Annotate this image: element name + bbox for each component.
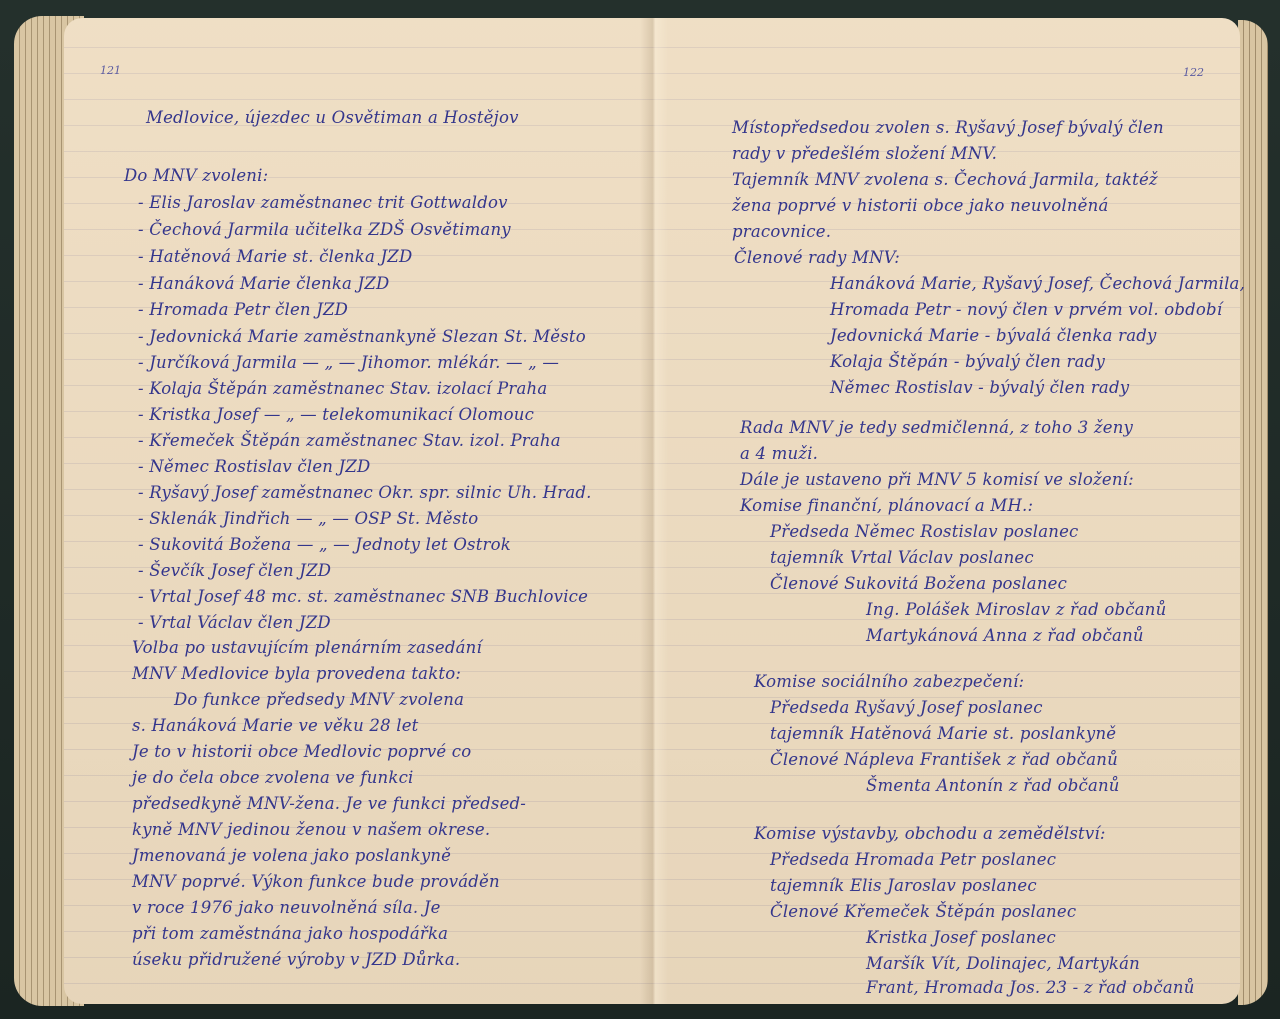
line: - Ryšavý Josef zaměstnanec Okr. spr. sil… xyxy=(138,483,592,502)
line: - Jedovnická Marie zaměstnankyně Slezan … xyxy=(138,327,586,346)
line: Členové rady MNV: xyxy=(734,248,900,267)
line: v roce 1976 jako neuvolněná síla. Je xyxy=(132,898,441,917)
line: Volba po ustavujícím plenárním zasedání xyxy=(132,638,482,657)
line: Tajemník MNV zvolena s. Čechová Jarmila,… xyxy=(732,170,1158,189)
line: Členové Křemeček Štěpán poslanec xyxy=(770,902,1076,921)
line: - Čechová Jarmila učitelka ZDŠ Osvětiman… xyxy=(138,220,511,239)
line: - Hanáková Marie členka JZD xyxy=(138,274,389,293)
line: Frant, Hromada Jos. 23 - z řad občanů xyxy=(866,978,1195,997)
line: a 4 muži. xyxy=(740,444,818,463)
line: Kristka Josef poslanec xyxy=(866,928,1056,947)
line: - Hromada Petr člen JZD xyxy=(138,300,348,319)
line: Jedovnická Marie - bývalá členka rady xyxy=(830,326,1157,345)
line: - Hatěnová Marie st. členka JZD xyxy=(138,247,412,266)
line: Komise výstavby, obchodu a zemědělství: xyxy=(754,824,1106,843)
line: - Ševčík Josef člen JZD xyxy=(138,561,331,580)
page-number-left: 121 xyxy=(100,64,121,77)
page-number-right: 122 xyxy=(1183,66,1204,79)
line: Předseda Hromada Petr poslanec xyxy=(770,850,1056,869)
line: Do MNV zvoleni: xyxy=(124,166,268,185)
line: - Vrtal Václav člen JZD xyxy=(138,613,331,632)
line: MNV Medlovice byla provedena takto: xyxy=(132,664,461,683)
line: - Sukovitá Božena — „ — Jednoty let Ostr… xyxy=(138,535,511,554)
line: Kolaja Štěpán - bývalý člen rady xyxy=(830,352,1105,371)
line: - Křemeček Štěpán zaměstnanec Stav. izol… xyxy=(138,431,561,450)
line: Ing. Polášek Miroslav z řad občanů xyxy=(866,600,1166,619)
line: - Kolaja Štěpán zaměstnanec Stav. izolac… xyxy=(138,379,547,398)
line: je do čela obce zvolena ve funkci xyxy=(132,768,414,787)
line: Martykánová Anna z řad občanů xyxy=(866,626,1144,645)
line: Členové Sukovitá Božena poslanec xyxy=(770,574,1067,593)
line: Do funkce předsedy MNV zvolena xyxy=(174,690,464,709)
line: Rada MNV je tedy sedmičlenná, z toho 3 ž… xyxy=(740,418,1133,437)
line: tajemník Hatěnová Marie st. poslankyně xyxy=(770,724,1116,743)
line: kyně MNV jedinou ženou v našem okrese. xyxy=(132,820,490,839)
line: Komise finanční, plánovací a MH.: xyxy=(740,496,1033,515)
line: - Sklenák Jindřich — „ — OSP St. Město xyxy=(138,509,478,528)
line: Místopředsedou zvolen s. Ryšavý Josef bý… xyxy=(732,118,1164,137)
line: MNV poprvé. Výkon funkce bude prováděn xyxy=(132,872,500,891)
line: tajemník Elis Jaroslav poslanec xyxy=(770,876,1037,895)
line: Hanáková Marie, Ryšavý Josef, Čechová Ja… xyxy=(830,274,1245,293)
line: - Kristka Josef — „ — telekomunikací Olo… xyxy=(138,405,534,424)
line: Medlovice, újezdec u Osvětiman a Hostějo… xyxy=(146,108,519,127)
line: Hromada Petr - nový člen v prvém vol. ob… xyxy=(830,300,1222,319)
line: Předseda Němec Rostislav poslanec xyxy=(770,522,1078,541)
line: - Vrtal Josef 48 mc. st. zaměstnanec SNB… xyxy=(138,587,588,606)
line: rady v předešlém složení MNV. xyxy=(732,144,997,163)
line: Dále je ustaveno při MNV 5 komisí ve slo… xyxy=(740,470,1134,489)
line: - Jurčíková Jarmila — „ — Jihomor. mléká… xyxy=(138,353,559,372)
line: Jmenovaná je volena jako poslankyně xyxy=(132,846,451,865)
right-page: 122 Místopředsedou zvolen s. Ryšavý Jose… xyxy=(654,18,1240,1004)
line: tajemník Vrtal Václav poslanec xyxy=(770,548,1034,567)
line: - Němec Rostislav člen JZD xyxy=(138,457,370,476)
line: předsedkyně MNV-žena. Je ve funkci předs… xyxy=(132,794,526,813)
line: Šmenta Antonín z řad občanů xyxy=(866,776,1120,795)
line: Němec Rostislav - bývalý člen rady xyxy=(830,378,1129,397)
line: - Elis Jaroslav zaměstnanec trit Gottwal… xyxy=(138,193,508,212)
line: úseku přidružené výroby v JZD Důrka. xyxy=(132,950,460,969)
page-stack-right xyxy=(1238,20,1268,1005)
line: žena poprvé v historii obce jako neuvoln… xyxy=(732,196,1109,215)
line: Komise sociálního zabezpečení: xyxy=(754,672,1024,691)
line: Je to v historii obce Medlovic poprvé co xyxy=(132,742,471,761)
open-book: 121 Medlovice, újezdec u Osvětiman a Hos… xyxy=(14,14,1268,1009)
book-gutter xyxy=(640,18,668,1004)
line: Maršík Vít, Dolinajec, Martykán xyxy=(866,954,1140,973)
line: Členové Nápleva František z řad občanů xyxy=(770,750,1118,769)
left-page: 121 Medlovice, újezdec u Osvětiman a Hos… xyxy=(64,18,654,1004)
line: při tom zaměstnána jako hospodářka xyxy=(132,924,448,943)
line: pracovnice. xyxy=(732,222,831,241)
line: s. Hanáková Marie ve věku 28 let xyxy=(132,716,419,735)
line: Předseda Ryšavý Josef poslanec xyxy=(770,698,1043,717)
